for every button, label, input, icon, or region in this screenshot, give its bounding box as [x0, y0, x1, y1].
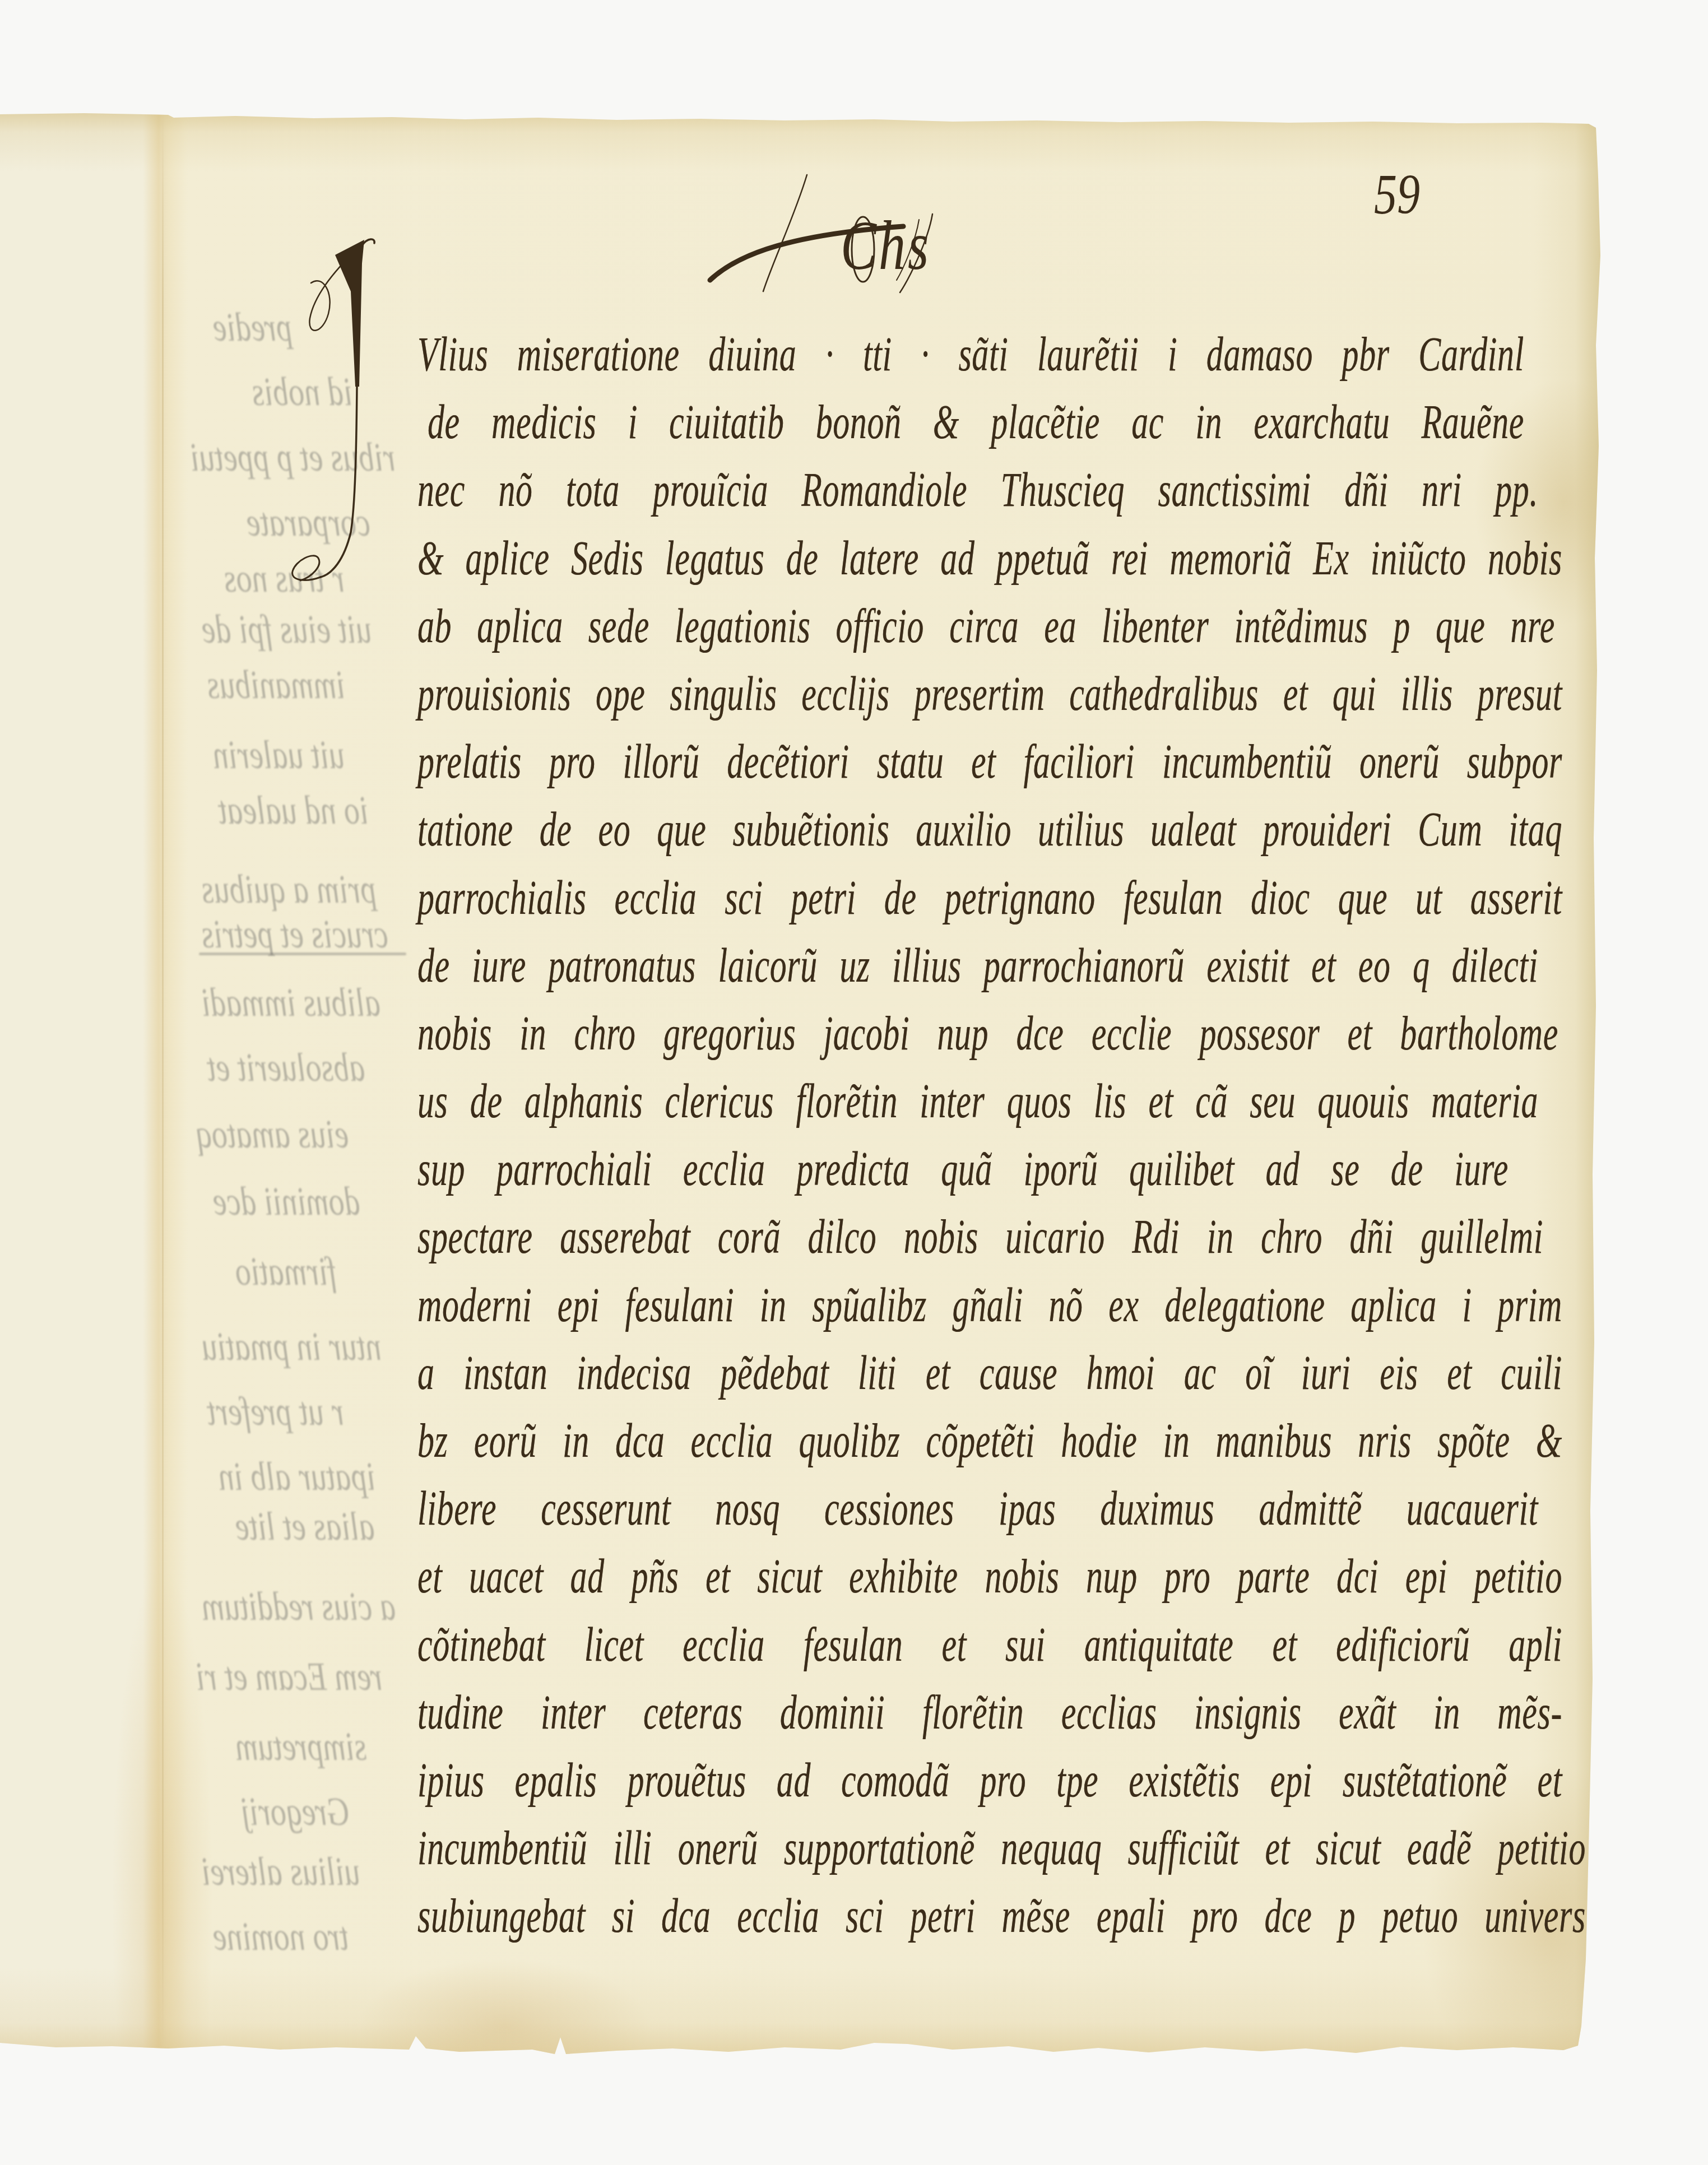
bleed-through-fragment: tro nomine — [213, 1908, 349, 1966]
bleed-through-fragment: dominii dce — [213, 1173, 360, 1231]
bleed-through-fragment: rem Ecam et ri — [196, 1648, 382, 1706]
bleed-through-fragment: ribus et p ppetui — [191, 429, 396, 487]
bleed-through-fragment: firmatio — [235, 1243, 336, 1301]
bleed-through-fragment: id nobis — [252, 363, 352, 421]
bleed-through-fragment: uit eius fpi de — [202, 601, 372, 659]
bleed-through-fragment: eius amatoq — [196, 1105, 349, 1164]
document-body: Vlius miseratione diuina · tti · sãti la… — [417, 320, 1589, 1950]
bleed-through-fragment: uit ualerin — [213, 726, 345, 784]
bleed-through-fragment: corparate — [247, 494, 370, 552]
page-fold — [162, 112, 164, 2048]
invocation-heading: Chs — [841, 205, 931, 285]
folio-number: 59 — [1374, 161, 1420, 227]
bleed-through-fragment: r trus nos — [224, 550, 345, 608]
bleed-through-fragment: uilius alterei — [202, 1843, 360, 1901]
bleed-through-fragment: alias et lite — [235, 1498, 375, 1556]
bleed-through-fragment: absoluerit et — [207, 1039, 365, 1097]
bleed-through-fragment: a cius redditum — [202, 1578, 396, 1636]
bleed-through-strike-line — [199, 953, 406, 955]
bleed-through-fragment: r ut prefert — [207, 1383, 344, 1441]
bleed-through-fragment: ntur in pmatiu — [202, 1318, 381, 1376]
bleed-through-fragment: io nd ualeat — [219, 782, 369, 840]
bleed-through-fragment: immanibus — [207, 656, 345, 714]
bleed-through-fragment: simpretum — [235, 1718, 366, 1776]
text-line: subiungebat si dca ecclia sci petri mẽse… — [417, 1867, 1586, 1966]
bleed-through-fragment: alibus immadi — [202, 974, 380, 1032]
bleed-through-fragment: predie — [213, 299, 292, 357]
bleed-through-fragment: Gregorij — [241, 1783, 350, 1841]
